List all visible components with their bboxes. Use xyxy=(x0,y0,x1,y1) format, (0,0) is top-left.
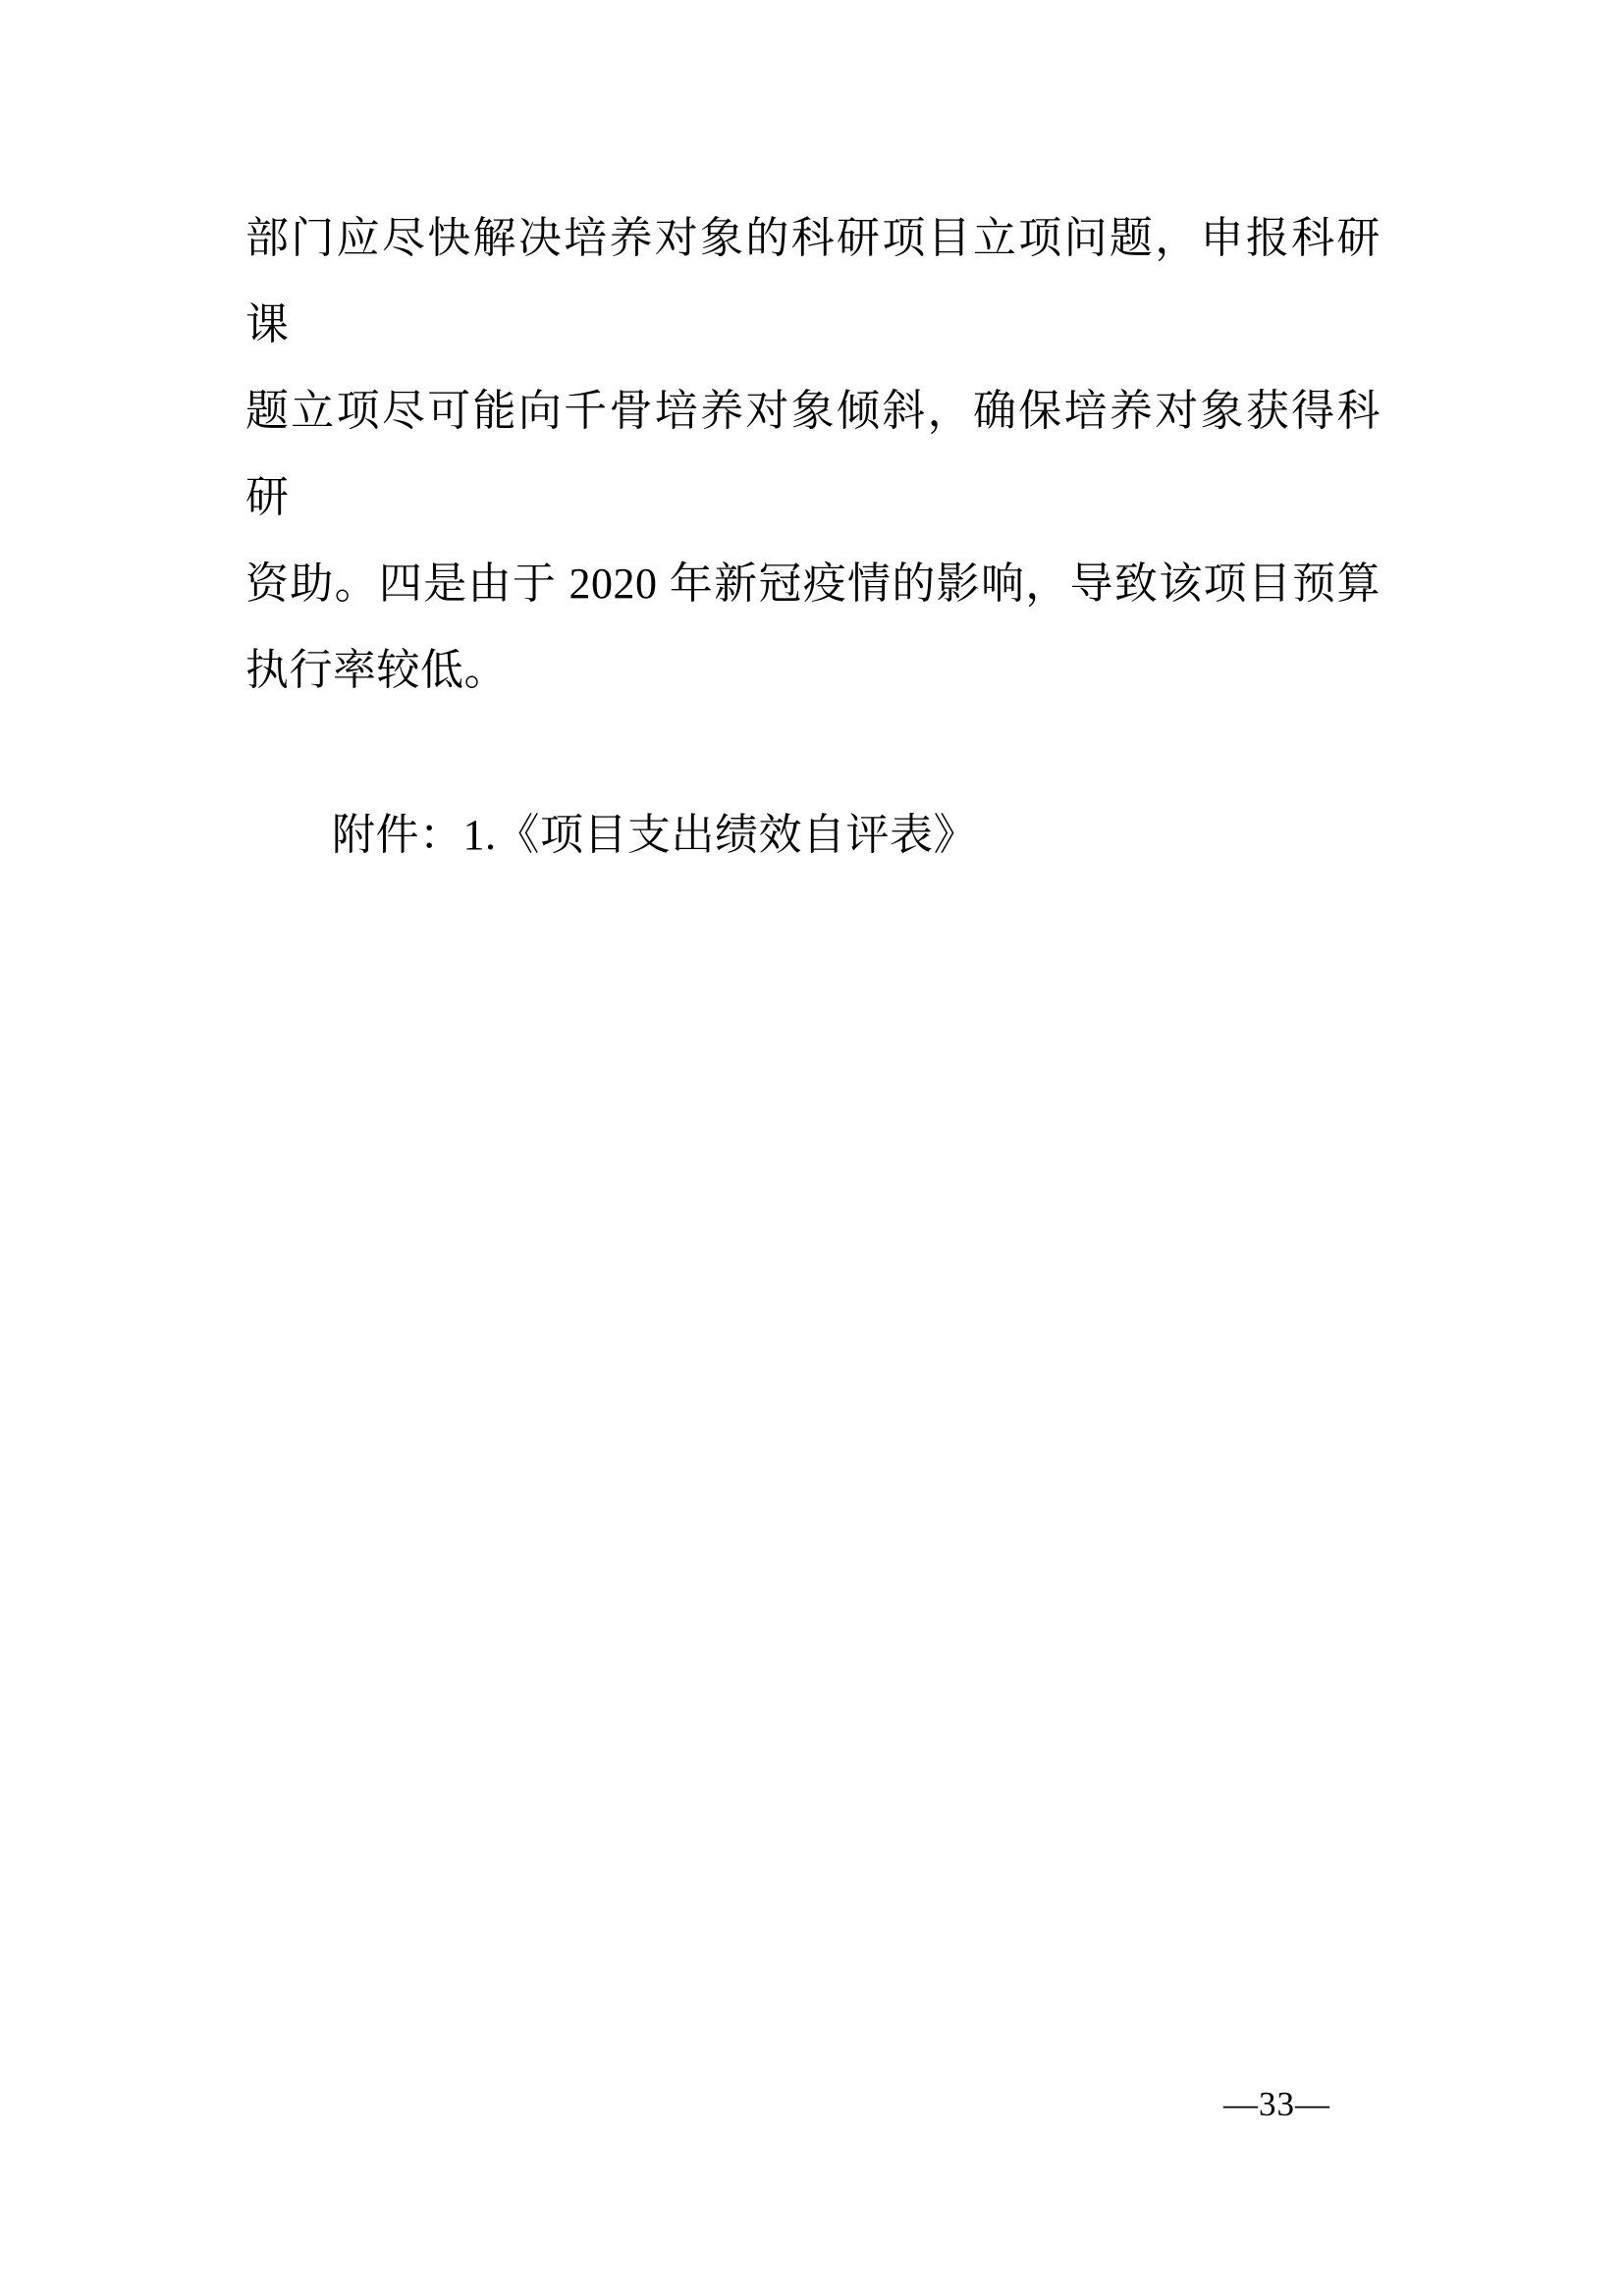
body-text-line: 资助。四是由于 2020 年新冠疫情的影响，导致该项目预算 xyxy=(245,541,1380,627)
body-text-block: 部门应尽快解决培养对象的科研项目立项问题，申报科研课 题立项尽可能向千骨培养对象… xyxy=(245,195,1380,879)
paragraph-gap xyxy=(245,714,1380,792)
body-text-line: 题立项尽可能向千骨培养对象倾斜，确保培养对象获得科研 xyxy=(245,368,1380,541)
body-text-line: 部门应尽快解决培养对象的科研项目立项问题，申报科研课 xyxy=(245,195,1380,368)
attachment-line: 附件：1.《项目支出绩效自评表》 xyxy=(245,792,1380,879)
document-page: 部门应尽快解决培养对象的科研项目立项问题，申报科研课 题立项尽可能向千骨培养对象… xyxy=(0,0,1624,2296)
body-text-line: 执行率较低。 xyxy=(245,627,1380,714)
page-number: —33— xyxy=(1223,2085,1330,2124)
